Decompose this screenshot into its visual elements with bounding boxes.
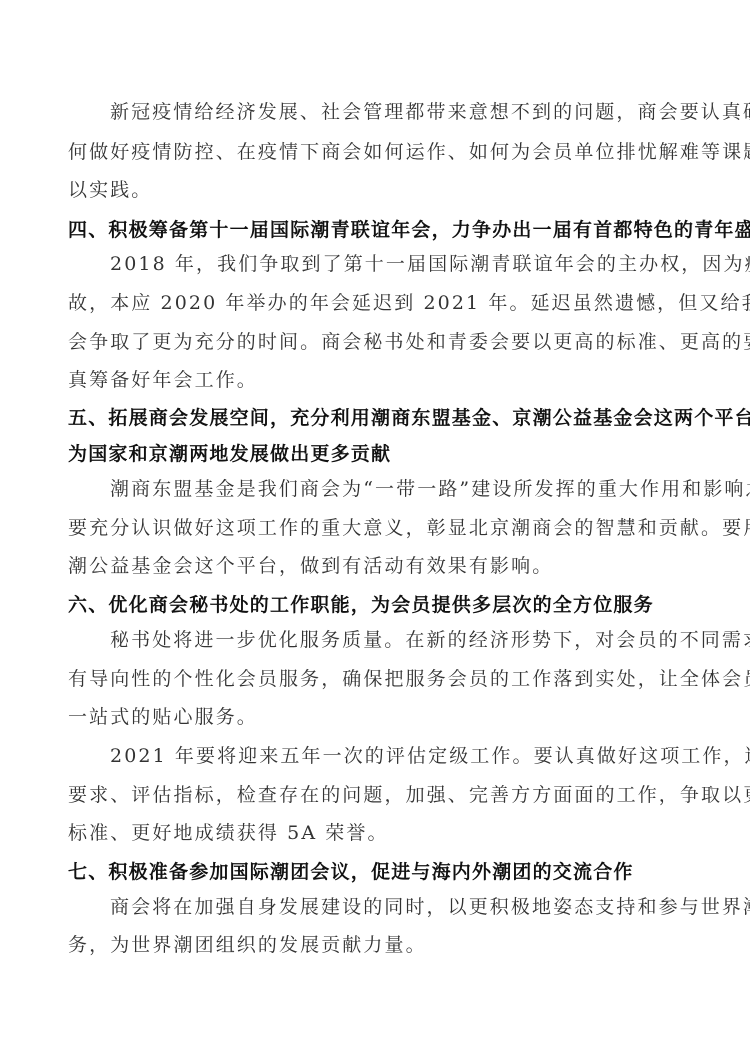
paragraph-line: 有导向性的个性化会员服务，确保把服务会员的工作落到实处，让全体会员得到	[68, 667, 750, 691]
paragraph-line: 何做好疫情防控、在疫情下商会如何运作、如何为会员单位排忧解难等课题并加	[68, 140, 750, 164]
paragraph-line: 商会将在加强自身发展建设的同时，以更积极地姿态支持和参与世界潮团事	[110, 895, 750, 919]
paragraph-line: 以实践。	[68, 178, 152, 202]
section-heading-7: 七、积极准备参加国际潮团会议，促进与海内外潮团的交流合作	[68, 860, 634, 884]
paragraph-line: 2021 年要将迎来五年一次的评估定级工作。要认真做好这项工作，通过评估	[110, 744, 750, 768]
section-heading-6: 六、优化商会秘书处的工作职能，为会员提供多层次的全方位服务	[68, 593, 654, 617]
section-heading-4: 四、积极筹备第十一届国际潮青联谊年会，力争办出一届有首都特色的青年盛会	[68, 218, 750, 242]
section-heading-5: 五、拓展商会发展空间，充分利用潮商东盟基金、京潮公益基金会这两个平台，	[68, 406, 750, 430]
paragraph-line: 新冠疫情给经济发展、社会管理都带来意想不到的问题，商会要认真研究如	[110, 100, 750, 124]
section-heading-5-cont: 为国家和京潮两地发展做出更多贡献	[68, 442, 391, 466]
paragraph-line: 潮公益基金会这个平台，做到有活动有效果有影响。	[68, 554, 553, 578]
paragraph-line: 2018 年，我们争取到了第十一届国际潮青联谊年会的主办权，因为疫情的缘	[110, 252, 750, 276]
paragraph-line: 务，为世界潮团组织的发展贡献力量。	[68, 933, 427, 957]
paragraph-line: 标准、更好地成绩获得 5A 荣誉。	[68, 821, 389, 845]
paragraph-line: 故，本应 2020 年举办的年会延迟到 2021 年。延迟虽然遗憾，但又给我们办…	[68, 291, 750, 315]
paragraph-line: 要充分认识做好这项工作的重大意义，彰显北京潮商会的智慧和贡献。要用好京	[68, 516, 750, 540]
paragraph-line: 真筹备好年会工作。	[68, 368, 258, 392]
paragraph-line: 秘书处将进一步优化服务质量。在新的经济形势下，对会员的不同需求进行	[110, 628, 750, 652]
paragraph-line: 会争取了更为充分的时间。商会秘书处和青委会要以更高的标准、更高的要求认	[68, 330, 750, 354]
paragraph-line: 潮商东盟基金是我们商会为“一带一路”建设所发挥的重大作用和影响之一。	[110, 477, 750, 501]
paragraph-line: 要求、评估指标，检查存在的问题，加强、完善方方面面的工作，争取以更高的	[68, 783, 750, 807]
paragraph-line: 一站式的贴心服务。	[68, 705, 258, 729]
